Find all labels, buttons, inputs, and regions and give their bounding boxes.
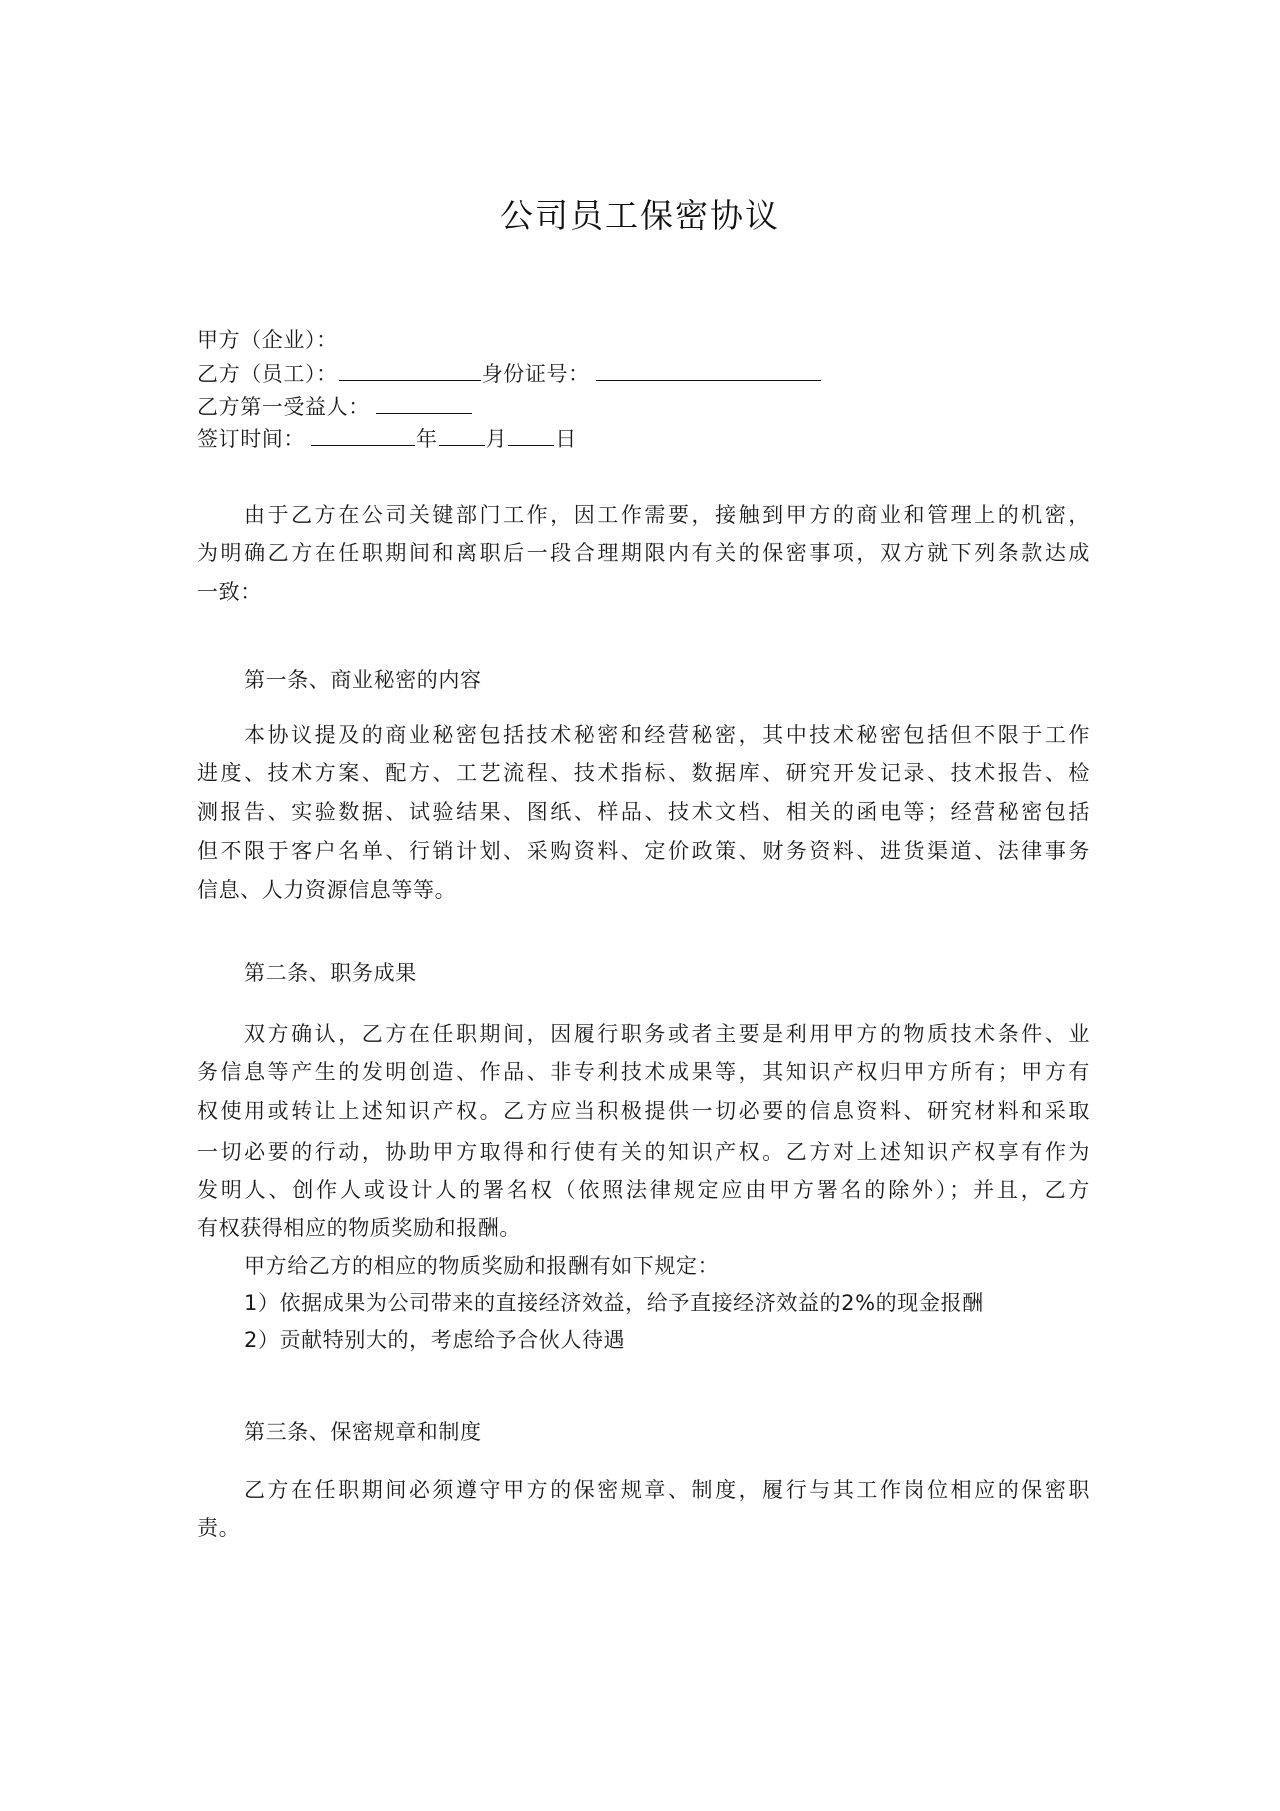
beneficiary-label: 乙方第一受益人：: [197, 395, 370, 419]
sign-month-blank[interactable]: [439, 423, 485, 446]
section-line: 务信息等产生的发明创造、作品、非专利技术成果等，其知识产权归甲方所有；甲方有: [197, 1057, 1090, 1087]
reward-intro: 甲方给乙方的相应的物质奖励和报酬有如下规定：: [244, 1251, 719, 1281]
month-label: 月: [486, 427, 508, 451]
section-line: 有权获得相应的物质奖励和报酬。: [197, 1213, 521, 1243]
section-line: 本协议提及的商业秘密包括技术秘密和经营秘密，其中技术秘密包括但不限于工作: [244, 720, 1090, 750]
beneficiary-blank[interactable]: [376, 391, 472, 414]
section-line: 乙方在任职期间必须遵守甲方的保密规章、制度，履行与其工作岗位相应的保密职: [244, 1475, 1090, 1505]
preamble-line: 一致：: [197, 577, 262, 607]
reward-item: 2）贡献特别大的，考虑给予合伙人待遇: [244, 1325, 625, 1355]
party-b-label: 乙方（员工）：: [197, 362, 338, 386]
sign-date-label: 签订时间：: [197, 427, 305, 451]
section-line: 双方确认，乙方在任职期间，因履行职务或者主要是利用甲方的物质技术条件、业: [244, 1019, 1090, 1049]
section-line: 进度、技术方案、配方、工艺流程、技术指标、数据库、研究开发记录、技术报告、检: [197, 758, 1090, 788]
day-label: 日: [555, 427, 577, 451]
sign-date-field: 签订时间：年月日: [197, 423, 577, 453]
beneficiary-field: 乙方第一受益人：: [197, 391, 473, 421]
preamble-line: 为明确乙方在任职期间和离职后一段合理期限内有关的保密事项，双方就下列条款达成: [197, 538, 1090, 568]
reward-item: 1）依据成果为公司带来的直接经济效益，给予直接经济效益的2%的现金报酬: [244, 1288, 984, 1318]
section-line: 责。: [197, 1513, 240, 1543]
section-line: 发明人、创作人或设计人的署名权（依照法律规定应由甲方署名的除外）；并且，乙方: [197, 1175, 1090, 1205]
document-page: 公司员工保密协议 甲方（企业）： 乙方（员工）：身份证号： 乙方第一受益人： 签…: [0, 0, 1280, 1811]
section-heading: 第一条、商业秘密的内容: [244, 665, 482, 695]
party-b-field: 乙方（员工）：身份证号：: [197, 358, 822, 388]
party-a-field: 甲方（企业）：: [197, 325, 338, 355]
section-line: 权使用或转让上述知识产权。乙方应当积极提供一切必要的信息资料、研究材料和采取: [197, 1096, 1090, 1126]
preamble-line: 由于乙方在公司关键部门工作，因工作需要，接触到甲方的商业和管理上的机密，: [244, 500, 1090, 530]
sign-year-blank[interactable]: [311, 423, 415, 446]
party-b-name-blank[interactable]: [339, 358, 481, 381]
id-number-label: 身份证号：: [482, 362, 590, 386]
section-line: 一切必要的行动，协助甲方取得和行使有关的知识产权。乙方对上述知识产权享有作为: [197, 1137, 1090, 1167]
section-line: 信息、人力资源信息等等。: [197, 875, 456, 905]
sign-day-blank[interactable]: [508, 423, 554, 446]
section-line: 但不限于客户名单、行销计划、采购资料、定价政策、财务资料、进货渠道、法律事务: [197, 836, 1090, 866]
year-label: 年: [416, 427, 438, 451]
section-heading: 第三条、保密规章和制度: [244, 1417, 482, 1447]
id-number-blank[interactable]: [596, 358, 821, 381]
section-heading: 第二条、职务成果: [244, 958, 417, 988]
document-title: 公司员工保密协议: [0, 190, 1280, 237]
section-line: 测报告、实验数据、试验结果、图纸、样品、技术文档、相关的函电等；经营秘密包括: [197, 797, 1090, 827]
party-a-label: 甲方（企业）：: [197, 328, 338, 352]
